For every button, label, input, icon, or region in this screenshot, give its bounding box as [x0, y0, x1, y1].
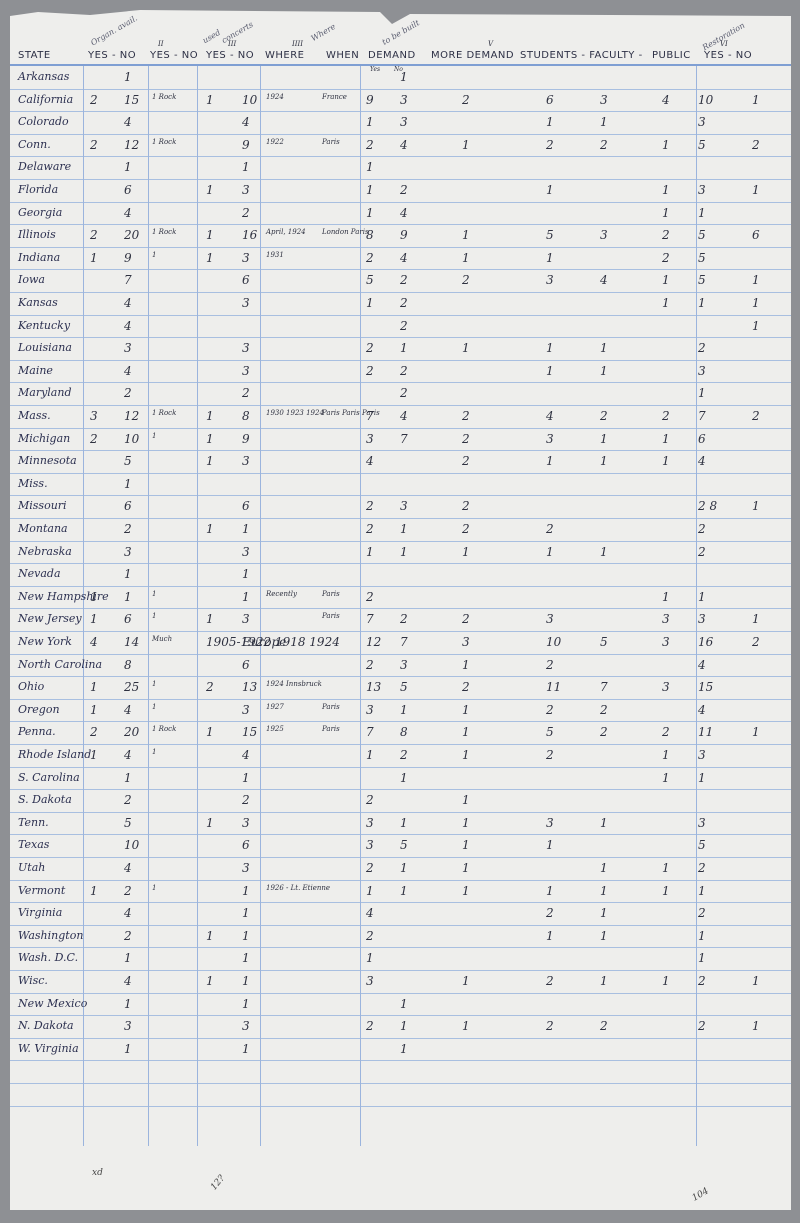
cell-ly: 2 — [698, 1019, 706, 1033]
row-rule — [10, 518, 791, 519]
cell-y1: 2 — [90, 725, 98, 739]
cell-where: 1930 1923 1924 — [266, 409, 324, 417]
cell-dy: 1 — [366, 206, 374, 220]
cell-where: April, 1924 — [266, 228, 306, 236]
cell-dy: 2 — [366, 590, 374, 604]
cell-stu: 5 — [546, 228, 554, 242]
cell-n1: 10 — [124, 838, 139, 852]
cell-y2: 1 — [152, 703, 156, 711]
state-name: Georgia — [18, 206, 62, 219]
cell-fac: 1 — [600, 115, 608, 129]
cell-dy: 2 — [366, 522, 374, 536]
cell-fac: 1 — [600, 364, 608, 378]
cell-y1: 1 — [90, 590, 98, 604]
cell-dy: 2 — [366, 793, 374, 807]
cell-y3: 1 — [206, 93, 214, 107]
note-group1: Organ. avail. — [89, 14, 139, 48]
cell-dn: 4 — [400, 206, 408, 220]
state-name: N. Dakota — [18, 1019, 74, 1032]
state-name: Oregon — [18, 703, 60, 716]
cell-fac: 3 — [600, 228, 608, 242]
cell-n3: Europe — [242, 635, 286, 649]
cell-ly: 5 — [698, 273, 706, 287]
cell-n3: 1 — [242, 884, 250, 898]
cell-n3: 1 — [242, 974, 250, 988]
cell-stu: 1 — [546, 115, 554, 129]
cell-fac: 1 — [600, 432, 608, 446]
cell-where: 1925 — [266, 725, 284, 733]
cell-n3: 8 — [242, 409, 250, 423]
cell-n1: 6 — [124, 183, 132, 197]
row-rule — [10, 699, 791, 700]
column-rule — [260, 66, 261, 1146]
cell-stu: 1 — [546, 545, 554, 559]
cell-pub: 1 — [662, 138, 670, 152]
row-rule — [10, 89, 791, 90]
header-students-faculty: STUDENTS - FACULTY - — [520, 50, 643, 61]
cell-y1: 1 — [90, 612, 98, 626]
row-rule — [10, 789, 791, 790]
cell-n1: 4 — [124, 906, 132, 920]
row-rule — [10, 360, 791, 361]
cell-ln: 1 — [752, 499, 760, 513]
cell-ly: 11 — [698, 725, 713, 739]
cell-ly: 3 — [698, 816, 706, 830]
cell-stu: 2 — [546, 658, 554, 672]
cell-more: 1 — [462, 703, 470, 717]
cell-stu: 1 — [546, 183, 554, 197]
cell-ly: 1 — [698, 929, 706, 943]
cell-y3: 1 — [206, 522, 214, 536]
cell-stu: 2 — [546, 1019, 554, 1033]
cell-y1: 1 — [90, 884, 98, 898]
state-name: Nebraska — [18, 545, 72, 558]
cell-n1: 4 — [124, 206, 132, 220]
cell-dy: 3 — [366, 432, 374, 446]
cell-y2: 1 — [152, 612, 156, 620]
cell-dy: 1 — [366, 748, 374, 762]
header-public: PUBLIC — [652, 50, 691, 61]
cell-y2: 1 — [152, 432, 156, 440]
cell-n1: 3 — [124, 341, 132, 355]
cell-ly: 1 — [698, 884, 706, 898]
cell-n1: 4 — [124, 974, 132, 988]
state-name: Kentucky — [18, 319, 70, 332]
cell-more: 2 — [462, 522, 470, 536]
cell-y3: 1 — [206, 228, 214, 242]
row-rule — [10, 721, 791, 722]
cell-dn: 3 — [400, 93, 408, 107]
cell-ly: 7 — [698, 409, 706, 423]
cell-dn: 1 — [400, 703, 408, 717]
cell-ln: 1 — [752, 1019, 760, 1033]
cell-ly: 1 — [698, 206, 706, 220]
row-rule — [10, 1083, 791, 1084]
cell-n3: 9 — [242, 432, 250, 446]
cell-dn: 2 — [400, 612, 408, 626]
cell-dn: 1 — [400, 70, 408, 84]
cell-stu: 1 — [546, 884, 554, 898]
state-name: Louisiana — [18, 341, 72, 354]
state-name: Indiana — [18, 251, 60, 264]
cell-ln: 1 — [752, 183, 760, 197]
cell-n3: 3 — [242, 612, 250, 626]
cell-y1: 3 — [90, 409, 98, 423]
row-rule — [10, 541, 791, 542]
cell-dn: 3 — [400, 499, 408, 513]
cell-pub: 1 — [662, 183, 670, 197]
header-when: WHEN — [326, 50, 359, 61]
cell-n1: 5 — [124, 816, 132, 830]
row-rule — [10, 337, 791, 338]
cell-dn: 1 — [400, 545, 408, 559]
cell-fac: 2 — [600, 409, 608, 423]
row-rule — [10, 1106, 791, 1107]
cell-y1: 4 — [90, 635, 98, 649]
cell-y1: 1 — [90, 703, 98, 717]
state-name: New Jersey — [18, 612, 82, 625]
roman-V: V — [488, 40, 493, 48]
cell-n3: 4 — [242, 748, 250, 762]
cell-y3: 1 — [206, 929, 214, 943]
row-rule — [10, 382, 791, 383]
cell-fac: 1 — [600, 861, 608, 875]
cell-y3: 1 — [206, 974, 214, 988]
cell-y1: 2 — [90, 228, 98, 242]
cell-y3: 2 — [206, 680, 214, 694]
row-rule — [10, 134, 791, 135]
cell-n1: 6 — [124, 612, 132, 626]
cell-dn: 1 — [400, 341, 408, 355]
cell-ln: 1 — [752, 974, 760, 988]
cell-stu: 2 — [546, 138, 554, 152]
cell-dy: 4 — [366, 906, 374, 920]
cell-n1: 15 — [124, 93, 139, 107]
cell-fac: 4 — [600, 273, 608, 287]
row-rule — [10, 1038, 791, 1039]
cell-stu: 3 — [546, 432, 554, 446]
cell-y2: 1 — [152, 680, 156, 688]
cell-n3: 3 — [242, 341, 250, 355]
header-last: YES - NO — [704, 50, 752, 61]
cell-more: 2 — [462, 499, 470, 513]
cell-ly: 4 — [698, 658, 706, 672]
row-rule — [10, 179, 791, 180]
state-name: Texas — [18, 838, 49, 851]
cell-dn: 1 — [400, 861, 408, 875]
cell-stu: 1 — [546, 838, 554, 852]
cell-y1: 1 — [90, 251, 98, 265]
cell-n3: 3 — [242, 861, 250, 875]
row-rule — [10, 202, 791, 203]
cell-where: Recently — [266, 590, 297, 598]
cell-dy: 9 — [366, 93, 374, 107]
cell-n1: 10 — [124, 432, 139, 446]
cell-more: 1 — [462, 974, 470, 988]
state-name: Colorado — [18, 115, 69, 128]
cell-n1: 6 — [124, 499, 132, 513]
cell-stu: 1 — [546, 341, 554, 355]
cell-dy: 5 — [366, 273, 374, 287]
cell-dn: 1 — [400, 771, 408, 785]
cell-more: 1 — [462, 861, 470, 875]
cell-stu: 2 — [546, 974, 554, 988]
cell-more: 1 — [462, 793, 470, 807]
cell-ly: 3 — [698, 612, 706, 626]
cell-pub: 1 — [662, 974, 670, 988]
cell-n3: 1 — [242, 771, 250, 785]
cell-more: 2 — [462, 273, 470, 287]
cell-y3: 1 — [206, 454, 214, 468]
cell-fac: 1 — [600, 816, 608, 830]
cell-ly: 15 — [698, 680, 713, 694]
cell-dn: 3 — [400, 658, 408, 672]
cell-dn: 2 — [400, 364, 408, 378]
row-rule — [10, 315, 791, 316]
cell-n3: 6 — [242, 658, 250, 672]
footer-total-mid: 12? — [209, 1174, 227, 1193]
cell-n1: 1 — [124, 771, 132, 785]
cell-more: 2 — [462, 612, 470, 626]
cell-pub: 1 — [662, 296, 670, 310]
row-rule — [10, 405, 791, 406]
cell-pub: 1 — [662, 884, 670, 898]
cell-more: 1 — [462, 138, 470, 152]
row-rule — [10, 880, 791, 881]
cell-more: 1 — [462, 545, 470, 559]
cell-when: France — [322, 93, 347, 101]
cell-more: 1 — [462, 748, 470, 762]
cell-where: 1931 — [266, 251, 284, 259]
cell-ly: 2 — [698, 861, 706, 875]
cell-pub: 3 — [662, 635, 670, 649]
cell-dy: 7 — [366, 612, 374, 626]
cell-n3: 3 — [242, 703, 250, 717]
cell-dy: 1 — [366, 115, 374, 129]
cell-more: 2 — [462, 93, 470, 107]
cell-dy: 3 — [366, 838, 374, 852]
cell-n1: 2 — [124, 793, 132, 807]
cell-y1: 2 — [90, 432, 98, 446]
state-name: Maine — [18, 364, 53, 377]
cell-n1: 4 — [124, 364, 132, 378]
roman-III: III — [228, 40, 236, 48]
state-name: New York — [18, 635, 72, 648]
cell-dy: 2 — [366, 658, 374, 672]
cell-n1: 1 — [124, 567, 132, 581]
state-name: Minnesota — [18, 454, 77, 467]
cell-y3: 1 — [206, 725, 214, 739]
cell-dn: 2 — [400, 748, 408, 762]
cell-dn: 1 — [400, 884, 408, 898]
cell-ly: 2 — [698, 522, 706, 536]
state-name: Delaware — [18, 160, 71, 173]
cell-fac: 2 — [600, 703, 608, 717]
cell-dy: 2 — [366, 138, 374, 152]
state-name: Virginia — [18, 906, 62, 919]
row-rule — [10, 1015, 791, 1016]
cell-ly: 2 — [698, 545, 706, 559]
cell-ln: 1 — [752, 612, 760, 626]
cell-n3: 3 — [242, 1019, 250, 1033]
row-rule — [10, 156, 791, 157]
state-name: S. Carolina — [18, 771, 80, 784]
cell-pub: 1 — [662, 273, 670, 287]
state-name: Nevada — [18, 567, 61, 580]
state-name: Wash. D.C. — [18, 951, 78, 964]
cell-n1: 5 — [124, 454, 132, 468]
state-name: S. Dakota — [18, 793, 72, 806]
cell-dn: 2 — [400, 183, 408, 197]
cell-stu: 2 — [546, 906, 554, 920]
cell-when: Paris — [322, 612, 340, 620]
state-name: Rhode Island — [18, 748, 91, 761]
cell-dy: 1 — [366, 884, 374, 898]
cell-y2: 1 — [152, 748, 156, 756]
cell-more: 1 — [462, 838, 470, 852]
cell-n3: 1 — [242, 522, 250, 536]
cell-fac: 2 — [600, 725, 608, 739]
cell-dn: 1 — [400, 1019, 408, 1033]
row-rule — [10, 744, 791, 745]
cell-dn: 4 — [400, 251, 408, 265]
cell-ln: 1 — [752, 725, 760, 739]
cell-dn: 1 — [400, 522, 408, 536]
cell-y1: 1 — [90, 680, 98, 694]
cell-y3: 1 — [206, 612, 214, 626]
cell-dy: 7 — [366, 725, 374, 739]
roman-IIII: IIII — [292, 40, 303, 48]
cell-ly: 5 — [698, 138, 706, 152]
cell-y3: 1 — [206, 251, 214, 265]
row-rule — [10, 247, 791, 248]
cell-n1: 12 — [124, 409, 139, 423]
cell-more: 2 — [462, 432, 470, 446]
cell-more: 1 — [462, 341, 470, 355]
header-group2: YES - NO — [150, 50, 198, 61]
cell-pub: 1 — [662, 432, 670, 446]
cell-ly: 3 — [698, 183, 706, 197]
cell-more: 2 — [462, 680, 470, 694]
cell-when: London Paris — [322, 228, 369, 236]
cell-n1: 4 — [124, 115, 132, 129]
cell-stu: 1 — [546, 929, 554, 943]
cell-ly: 3 — [698, 115, 706, 129]
cell-fac: 1 — [600, 884, 608, 898]
cell-ly: 1 — [698, 951, 706, 965]
cell-pub: 2 — [662, 725, 670, 739]
cell-y3: 1 — [206, 183, 214, 197]
cell-y2: Much — [152, 635, 172, 643]
cell-n3: 16 — [242, 228, 257, 242]
cell-pub: 1 — [662, 590, 670, 604]
cell-y3: 1 — [206, 432, 214, 446]
cell-dy: 3 — [366, 703, 374, 717]
cell-n1: 3 — [124, 1019, 132, 1033]
column-rule — [148, 66, 149, 1146]
cell-n3: 2 — [242, 793, 250, 807]
cell-n3: 6 — [242, 499, 250, 513]
cell-y1: 1 — [90, 748, 98, 762]
cell-when: Paris — [322, 138, 340, 146]
cell-n3: 6 — [242, 273, 250, 287]
cell-n1: 12 — [124, 138, 139, 152]
cell-n3: 1 — [242, 951, 250, 965]
cell-more: 1 — [462, 816, 470, 830]
cell-pub: 3 — [662, 612, 670, 626]
cell-y3: 1 — [206, 816, 214, 830]
row-rule — [10, 767, 791, 768]
cell-n3: 3 — [242, 364, 250, 378]
cell-n1: 3 — [124, 545, 132, 559]
cell-ly: 4 — [698, 454, 706, 468]
cell-pub: 3 — [662, 680, 670, 694]
cell-stu: 1 — [546, 454, 554, 468]
cell-stu: 1 — [546, 251, 554, 265]
cell-dy: 2 — [366, 499, 374, 513]
cell-n3: 4 — [242, 115, 250, 129]
cell-more: 2 — [462, 454, 470, 468]
cell-pub: 4 — [662, 93, 670, 107]
cell-ln: 1 — [752, 319, 760, 333]
state-name: Michigan — [18, 432, 70, 445]
cell-n1: 2 — [124, 522, 132, 536]
cell-more: 3 — [462, 635, 470, 649]
footer-total-left: xd — [92, 1168, 103, 1178]
cell-ly: 6 — [698, 432, 706, 446]
cell-more: 1 — [462, 658, 470, 672]
cell-n1: 14 — [124, 635, 139, 649]
cell-n1: 2 — [124, 386, 132, 400]
row-rule — [10, 1060, 791, 1061]
cell-fac: 5 — [600, 635, 608, 649]
cell-when: Paris — [322, 703, 340, 711]
cell-ly: 5 — [698, 251, 706, 265]
state-name: Iowa — [18, 273, 45, 286]
cell-pub: 1 — [662, 748, 670, 762]
cell-y2: 1 Rock — [152, 725, 176, 733]
note-where: Where — [310, 22, 338, 43]
cell-dy: 1 — [366, 183, 374, 197]
state-name: Vermont — [18, 884, 65, 897]
row-rule — [10, 450, 791, 451]
cell-fac: 1 — [600, 929, 608, 943]
tally-sheet: Organ. avail. used concerts Where to be … — [10, 10, 791, 1210]
row-rule — [10, 857, 791, 858]
cell-more: 1 — [462, 1019, 470, 1033]
row-rule — [10, 902, 791, 903]
cell-n3: 3 — [242, 454, 250, 468]
cell-n1: 20 — [124, 228, 139, 242]
cell-fac: 1 — [600, 974, 608, 988]
cell-n1: 1 — [124, 1042, 132, 1056]
cell-dn: 1 — [400, 997, 408, 1011]
cell-n3: 6 — [242, 838, 250, 852]
cell-dy: 2 — [366, 1019, 374, 1033]
cell-pub: 2 — [662, 409, 670, 423]
cell-stu: 2 — [546, 748, 554, 762]
cell-y1: 2 — [90, 93, 98, 107]
header-demand-yes: Yes — [370, 66, 380, 73]
cell-n1: 1 — [124, 477, 132, 491]
row-rule — [10, 834, 791, 835]
cell-ly: 1 — [698, 296, 706, 310]
cell-where: 1924 — [266, 93, 284, 101]
state-name: Conn. — [18, 138, 51, 151]
cell-ly: 2 — [698, 974, 706, 988]
cell-dy: 2 — [366, 861, 374, 875]
header-demand: DEMAND — [368, 50, 416, 61]
